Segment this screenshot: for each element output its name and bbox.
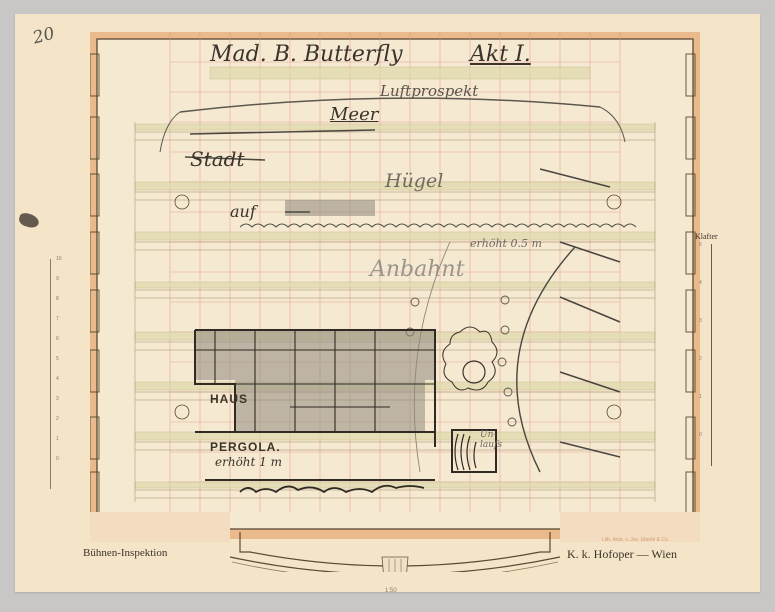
backdrop-label: Luftprospekt <box>380 82 478 100</box>
klafter-scale-label: Klafter <box>695 232 718 241</box>
klafter-tick: 4 <box>699 280 702 286</box>
klafter-tick: 3 <box>699 318 702 324</box>
meter-scale: 10 9 8 7 6 5 4 3 2 1 0 <box>40 259 70 494</box>
center-scale-text: 1:50 <box>385 588 397 594</box>
meter-tick: 1 <box>56 436 59 442</box>
stage-plan: Mad. B. Butterfly Akt I. Luftprospekt Me… <box>90 32 700 547</box>
stage-drawing <box>90 32 700 572</box>
act-text: Akt I. <box>470 42 531 67</box>
meter-tick: 0 <box>56 456 59 462</box>
meter-tick: 6 <box>56 336 59 342</box>
title-text: Mad. B. Butterfly <box>210 42 403 67</box>
raised-one-label: erhöht 1 m <box>215 455 282 469</box>
stage-plan-sheet: 20 <box>15 14 760 592</box>
meter-tick: 2 <box>56 416 59 422</box>
meter-tick: 9 <box>56 276 59 282</box>
klafter-tick: 2 <box>699 356 702 362</box>
footer-left-text: Bühnen-Inspektion <box>83 547 167 559</box>
city-label: Stadt <box>190 147 245 171</box>
house-label: HAUS <box>210 392 248 406</box>
grounding-label: Anbahnt <box>370 257 464 282</box>
meter-tick: 4 <box>56 376 59 382</box>
meter-tick: 5 <box>56 356 59 362</box>
meter-tick: 8 <box>56 296 59 302</box>
hill-label: Hügel <box>385 170 443 192</box>
klafter-tick: 5 <box>699 242 702 248</box>
meter-tick: 10 <box>56 256 62 262</box>
stain-mark <box>18 212 41 230</box>
raised-half-label: erhöht 0.5 m <box>470 237 542 250</box>
klafter-scale: Klafter 5 4 3 2 1 0 <box>695 232 725 482</box>
sheet-number: 20 <box>31 24 57 49</box>
footer-right-text: K. k. Hofoper — Wien <box>567 547 677 562</box>
klafter-tick: 1 <box>699 394 702 400</box>
meter-tick: 7 <box>56 316 59 322</box>
pergola-label: PERGOLA. <box>210 440 281 454</box>
meter-tick: 3 <box>56 396 59 402</box>
up-label: auf <box>230 202 256 221</box>
sea-label: Meer <box>330 104 378 125</box>
printer-credit: Lith. Anst. v. Jos. Eberle & Co. <box>602 537 669 543</box>
klafter-tick: 0 <box>699 432 702 438</box>
tree-label: Un-laufs <box>480 430 500 450</box>
